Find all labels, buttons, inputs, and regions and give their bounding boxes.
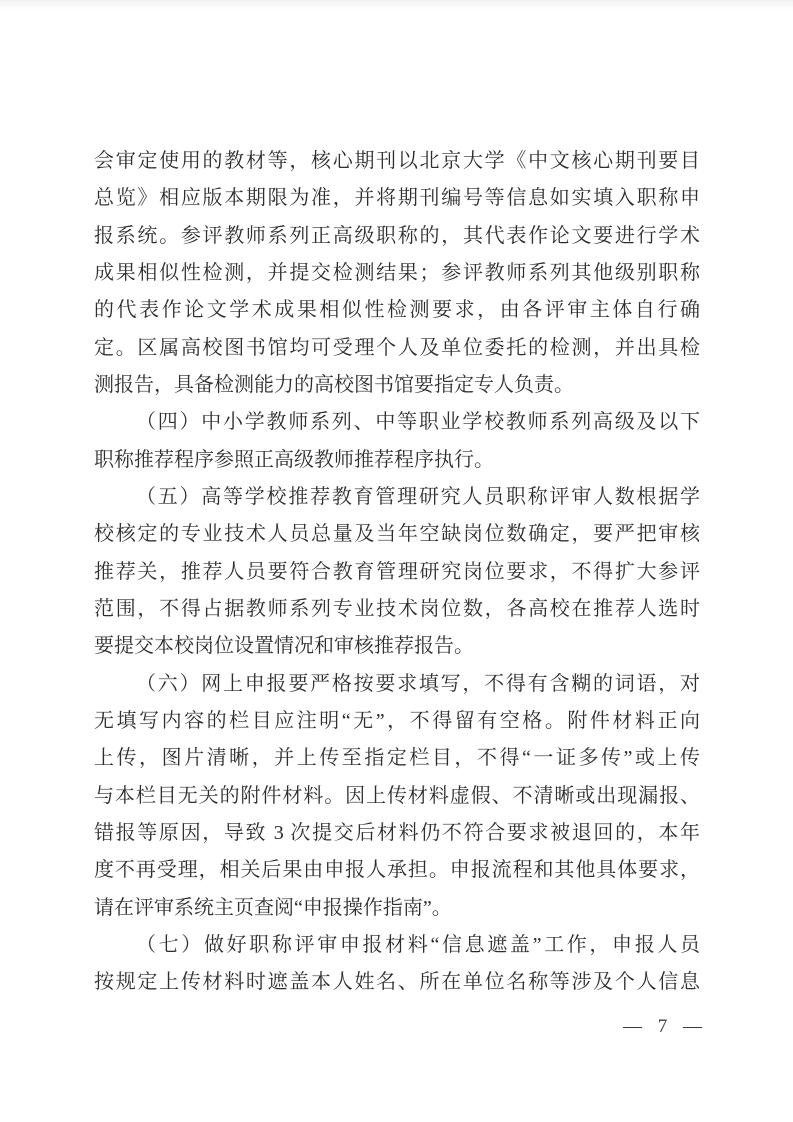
text-line: （五）高等学校推荐教育管理研究人员职称评审人数根据学 xyxy=(94,479,700,516)
text-line: 测报告，具备检测能力的高校图书馆要指定专人负责。 xyxy=(94,367,700,404)
text-line: 成果相似性检测，并提交检测结果；参评教师系列其他级别职称 xyxy=(94,255,700,292)
text-line: 会审定使用的教材等，核心期刊以北京大学《中文核心期刊要目 xyxy=(94,143,700,180)
text-line: 度不再受理，相关后果由申报人承担。申报流程和其他具体要求， xyxy=(94,852,700,889)
text-line: 要提交本校岗位设置情况和审核推荐报告。 xyxy=(94,628,700,665)
text-line: 推荐关，推荐人员要符合教育管理研究岗位要求，不得扩大参评 xyxy=(94,554,700,591)
text-line: 定。区属高校图书馆均可受理个人及单位委托的检测，并出具检 xyxy=(94,330,700,367)
text-line: 报系统。参评教师系列正高级职称的，其代表作论文要进行学术 xyxy=(94,218,700,255)
text-line: 总览》相应版本期限为准，并将期刊编号等信息如实填入职称申 xyxy=(94,180,700,217)
text-line: 按规定上传材料时遮盖本人姓名、所在单位名称等涉及个人信息 xyxy=(94,964,700,1001)
text-line: （六）网上申报要严格按要求填写，不得有含糊的词语，对 xyxy=(94,666,700,703)
text-line: 上传，图片清晰，并上传至指定栏目，不得“一证多传”或上传 xyxy=(94,740,700,777)
text-line: 的代表作论文学术成果相似性检测要求，由各评审主体自行确 xyxy=(94,292,700,329)
text-line: 无填写内容的栏目应注明“无”，不得留有空格。附件材料正向 xyxy=(94,703,700,740)
text-line: （七）做好职称评审申报材料“信息遮盖”工作，申报人员 xyxy=(94,927,700,964)
page-number: — 7 — xyxy=(623,1016,703,1038)
page-number-label: — 7 — xyxy=(623,1016,703,1037)
body-text: 会审定使用的教材等，核心期刊以北京大学《中文核心期刊要目总览》相应版本期限为准，… xyxy=(94,143,700,1002)
text-line: 校核定的专业技术人员总量及当年空缺岗位数确定，要严把审核 xyxy=(94,516,700,553)
text-line: 与本栏目无关的附件材料。因上传材料虚假、不清晰或出现漏报、 xyxy=(94,778,700,815)
text-line: 职称推荐程序参照正高级教师推荐程序执行。 xyxy=(94,442,700,479)
text-line: 错报等原因，导致 3 次提交后材料仍不符合要求被退回的，本年 xyxy=(94,815,700,852)
scan-edge-shading xyxy=(0,0,793,10)
text-line: 范围，不得占据教师系列专业技术岗位数，各高校在推荐人选时 xyxy=(94,591,700,628)
text-line: 请在评审系统主页查阅“申报操作指南”。 xyxy=(94,890,700,927)
text-line: （四）中小学教师系列、中等职业学校教师系列高级及以下 xyxy=(94,404,700,441)
document-page: 会审定使用的教材等，核心期刊以北京大学《中文核心期刊要目总览》相应版本期限为准，… xyxy=(0,0,793,1122)
